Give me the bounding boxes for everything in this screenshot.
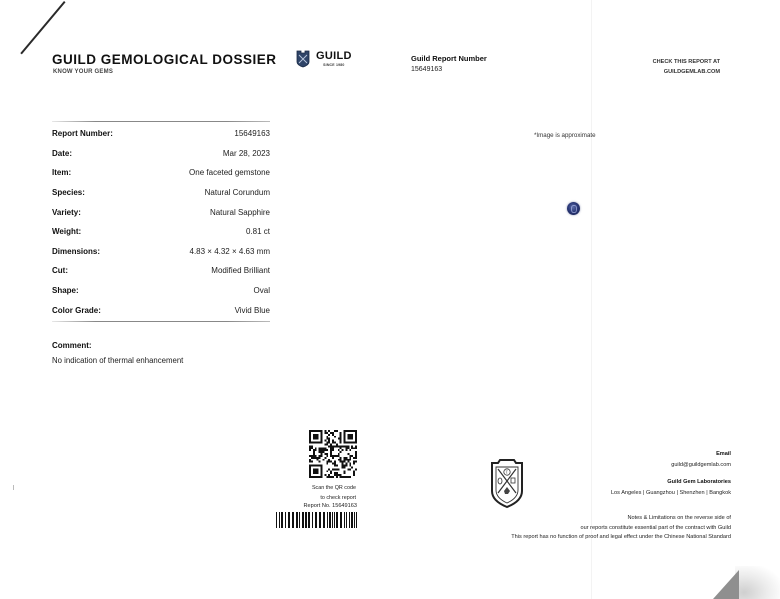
image-approximate-note: *Image is approximate xyxy=(534,132,596,139)
spec-value: One faceted gemstone xyxy=(189,168,270,177)
legal-notes: Notes & Limitations on the reverse side … xyxy=(511,514,731,543)
spec-value: 4.83 × 4.32 × 4.63 mm xyxy=(190,247,271,256)
table-row: Variety: Natural Sapphire xyxy=(52,202,270,222)
guild-crest-seal-icon: T xyxy=(488,457,526,509)
qr-caption: Scan the QR code to check report xyxy=(280,484,356,503)
brand-since: SINCE 1980 xyxy=(323,63,344,67)
qr-report-number: Report No. 15649163 xyxy=(270,503,357,509)
spec-label: Cut: xyxy=(52,266,68,275)
spec-label: Report Number: xyxy=(52,129,113,138)
spec-label: Item: xyxy=(52,168,71,177)
table-bottom-divider xyxy=(52,321,270,322)
notes-line-1: Notes & Limitations on the reverse side … xyxy=(511,514,731,524)
page-fold-line xyxy=(591,0,592,599)
specs-table: Report Number: 15649163 Date: Mar 28, 20… xyxy=(52,124,270,320)
barcode-icon xyxy=(276,512,357,528)
check-website-link[interactable]: GUILDGEMLAB.COM xyxy=(653,67,720,77)
table-row: Color Grade: Vivid Blue xyxy=(52,300,270,320)
guild-brand-logo: GUILD SINCE 1980 xyxy=(296,50,352,68)
spec-label: Date: xyxy=(52,149,72,158)
spec-value: Modified Brilliant xyxy=(211,266,270,275)
table-top-divider xyxy=(52,121,270,122)
table-row: Date: Mar 28, 2023 xyxy=(52,144,270,164)
email-label: Email xyxy=(611,451,731,457)
lab-name: Guild Gem Laboratories xyxy=(611,479,731,485)
spec-value: Oval xyxy=(254,286,270,295)
check-report-notice: CHECK THIS REPORT AT GUILDGEMLAB.COM xyxy=(653,57,720,77)
page-corner-shadow xyxy=(735,566,780,599)
table-row: Species: Natural Corundum xyxy=(52,183,270,203)
spec-label: Dimensions: xyxy=(52,247,100,256)
sapphire-gem-image xyxy=(567,202,580,215)
spec-label: Variety: xyxy=(52,208,81,217)
qr-caption-line-1: Scan the QR code xyxy=(280,484,356,494)
comment-label: Comment: xyxy=(52,341,92,350)
page-corner-curl xyxy=(713,570,739,599)
document-tagline: KNOW YOUR GEMS xyxy=(53,69,113,75)
spec-label: Color Grade: xyxy=(52,306,101,315)
spec-value: Natural Corundum xyxy=(205,188,270,197)
spec-value: Natural Sapphire xyxy=(210,208,270,217)
document-title: GUILD GEMOLOGICAL DOSSIER xyxy=(52,52,277,67)
table-row: Shape: Oval xyxy=(52,281,270,301)
brand-name: GUILD xyxy=(316,50,352,62)
spec-value: Mar 28, 2023 xyxy=(223,149,270,158)
table-row: Cut: Modified Brilliant xyxy=(52,261,270,281)
table-row: Report Number: 15649163 xyxy=(52,124,270,144)
lab-locations: Los Angeles | Guangzhou | Shenzhen | Ban… xyxy=(611,490,731,496)
qr-caption-line-2: to check report xyxy=(280,494,356,504)
guild-report-number-label: Guild Report Number xyxy=(411,54,487,63)
table-row: Weight: 0.81 ct xyxy=(52,222,270,242)
spec-value: 15649163 xyxy=(234,129,270,138)
notes-line-2: our reports constitute essential part of… xyxy=(511,524,731,534)
table-row: Item: One faceted gemstone xyxy=(52,163,270,183)
notes-line-3: This report has no function of proof and… xyxy=(511,533,731,543)
table-row: Dimensions: 4.83 × 4.32 × 4.63 mm xyxy=(52,242,270,262)
scan-speck xyxy=(13,485,14,490)
guild-report-number-value: 15649163 xyxy=(411,66,442,73)
guild-shield-icon xyxy=(296,50,310,68)
spec-value: Vivid Blue xyxy=(235,306,270,315)
spec-value: 0.81 ct xyxy=(246,227,270,236)
spec-label: Weight: xyxy=(52,227,81,236)
comment-text: No indication of thermal enhancement xyxy=(52,356,183,365)
qr-code-icon[interactable] xyxy=(309,430,357,478)
check-line-1: CHECK THIS REPORT AT xyxy=(653,57,720,67)
contact-block: Email guild@guildgemlab.com Guild Gem La… xyxy=(611,451,731,496)
scan-scratch-mark xyxy=(20,1,65,54)
spec-label: Shape: xyxy=(52,286,79,295)
spec-label: Species: xyxy=(52,188,85,197)
